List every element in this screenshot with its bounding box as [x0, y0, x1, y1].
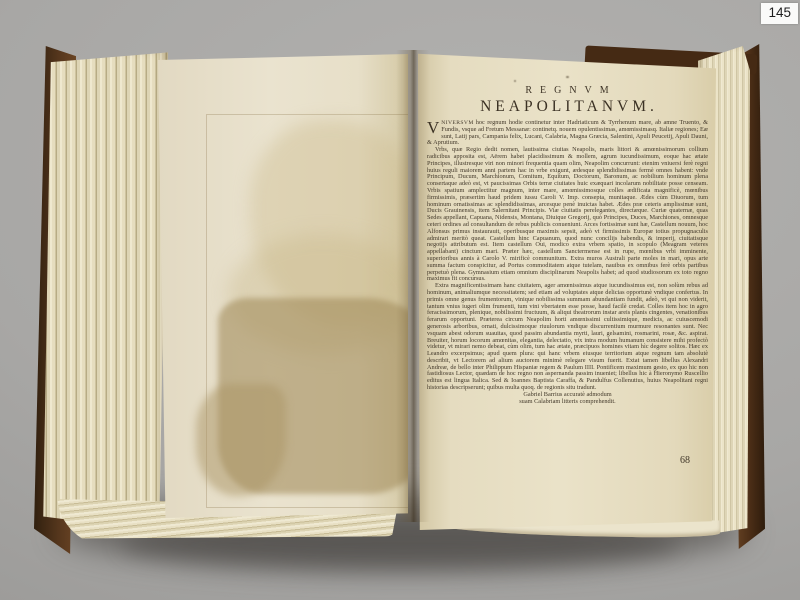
left-page-blank-verso — [158, 54, 408, 518]
ink-speck — [514, 80, 516, 82]
paragraph-3: Extra magnificentissimam hanc ciuitatem,… — [427, 283, 708, 392]
body-text: VNIVERSVMhoc regnum hodie continetur int… — [427, 120, 708, 405]
ink-speck — [566, 76, 569, 78]
page-title: NEAPOLITANVM. — [418, 98, 716, 116]
page-number: 68 — [680, 455, 690, 466]
right-page-text-recto: REGNVM NEAPOLITANVM. VNIVERSVMhoc regnum… — [418, 46, 716, 532]
paragraph-1: VNIVERSVMhoc regnum hodie continetur int… — [427, 120, 708, 147]
closing-line: suam Calabriam litteris comprehendit. — [427, 399, 708, 406]
photo-number-label: 145 — [761, 3, 798, 24]
drop-cap: V — [427, 120, 441, 134]
map-showthrough-stain — [196, 384, 286, 496]
paragraph-2: Vrbs, quæ Regio dedit nomen, lautissima … — [427, 147, 708, 283]
photograph-of-open-book: { "photo_label": "145", "palette": { "ba… — [0, 0, 800, 600]
heading-kicker: REGNVM — [418, 85, 716, 96]
left-fore-edge-page-stack — [42, 50, 168, 536]
